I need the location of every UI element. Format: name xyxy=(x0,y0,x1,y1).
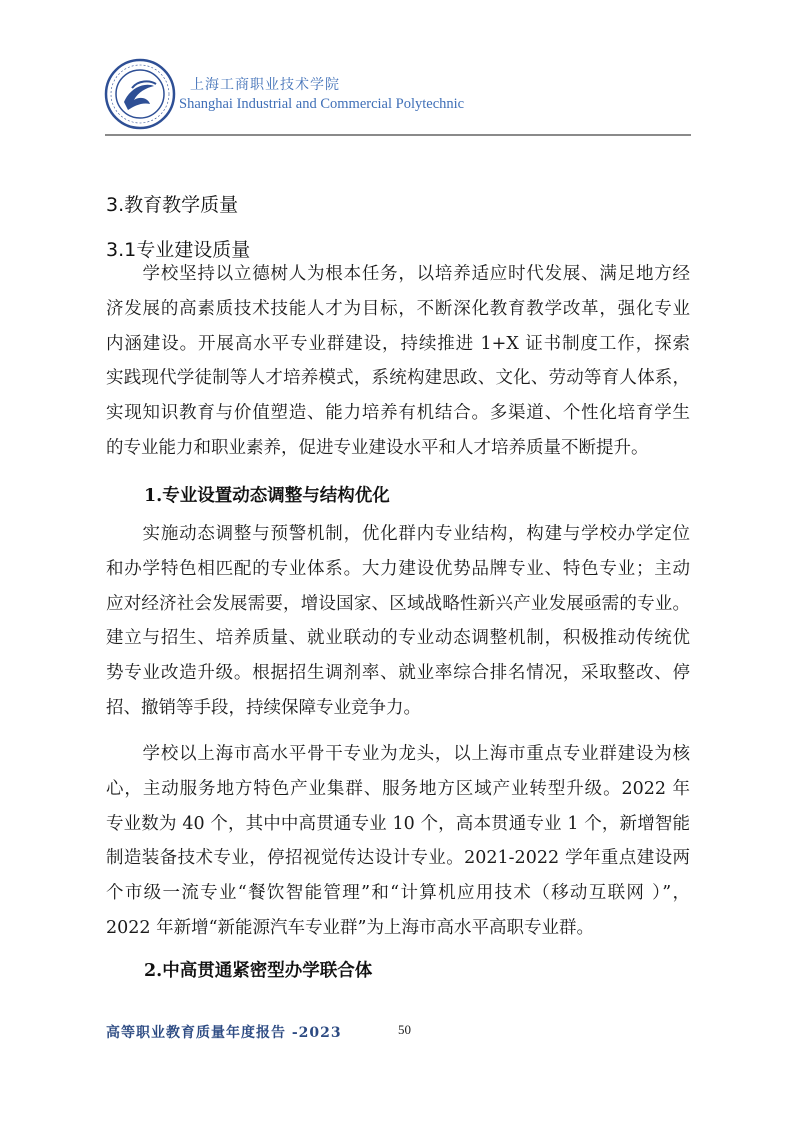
school-name-en: Shanghai Industrial and Commercial Polyt… xyxy=(179,96,464,113)
school-name-cn: 上海工商职业技术学院 xyxy=(190,74,340,94)
intro-paragraph: 学校坚持以立德树人为根本任务，以培养适应时代发展、满足地方经 济发展的高素质技术… xyxy=(106,257,690,466)
item1-heading: 1.专业设置动态调整与结构优化 xyxy=(144,482,390,507)
item1-paragraph-1: 实施动态调整与预警机制，优化群内专业结构，构建与学校办学定位 和办学特色相匹配的… xyxy=(106,517,690,726)
text-line: 应对经济社会发展需要，增设国家、区域战略性新兴产业发展亟需的专业。 xyxy=(106,587,690,622)
page-number: 50 xyxy=(398,1022,411,1038)
text-line: 济发展的高素质技术技能人才为目标，不断深化教育教学改革，强化专业 xyxy=(106,292,690,327)
footer-report-title: 高等职业教育质量年度报告 -2023 xyxy=(106,1022,342,1042)
text-line: 制造装备技术专业，停招视觉传达设计专业。2021-2022 学年重点建设两 xyxy=(106,841,690,876)
text-line: 心，主动服务地方特色产业集群、服务地方区域产业转型升级。2022 年 xyxy=(106,772,690,807)
school-emblem-icon xyxy=(104,58,176,130)
item2-heading: 2.中高贯通紧密型办学联合体 xyxy=(144,957,372,982)
text-line: 学校坚持以立德树人为根本任务，以培养适应时代发展、满足地方经 xyxy=(106,257,690,292)
header-divider xyxy=(105,134,691,136)
text-line: 专业数为 40 个，其中中高贯通专业 10 个，高本贯通专业 1 个，新增智能 xyxy=(106,807,690,842)
text-line: 的专业能力和职业素养，促进专业建设水平和人才培养质量不断提升。 xyxy=(106,431,690,466)
section-title: 3.教育教学质量 xyxy=(106,190,238,217)
page-header: 上海工商职业技术学院 Shanghai Industrial and Comme… xyxy=(104,56,704,136)
text-line: 2022 年新增“新能源汽车专业群”为上海市高水平高职专业群。 xyxy=(106,911,690,946)
item1-paragraph-2: 学校以上海市高水平骨干专业为龙头，以上海市重点专业群建设为核 心，主动服务地方特… xyxy=(106,737,690,946)
text-line: 实践现代学徒制等人才培养模式，系统构建思政、文化、劳动等育人体系， xyxy=(106,361,690,396)
text-line: 和办学特色相匹配的专业体系。大力建设优势品牌专业、特色专业；主动 xyxy=(106,552,690,587)
text-line: 实施动态调整与预警机制，优化群内专业结构，构建与学校办学定位 xyxy=(106,517,690,552)
text-line: 个市级一流专业“餐饮智能管理”和“计算机应用技术（移动互联网 ）”， xyxy=(106,876,690,911)
text-line: 学校以上海市高水平骨干专业为龙头，以上海市重点专业群建设为核 xyxy=(106,737,690,772)
text-line: 势专业改造升级。根据招生调剂率、就业率综合排名情况，采取整改、停 xyxy=(106,656,690,691)
text-line: 建立与招生、培养质量、就业联动的专业动态调整机制，积极推动传统优 xyxy=(106,621,690,656)
text-line: 招、撤销等手段，持续保障专业竞争力。 xyxy=(106,691,690,726)
text-line: 实现知识教育与价值塑造、能力培养有机结合。多渠道、个性化培育学生 xyxy=(106,396,690,431)
text-line: 内涵建设。开展高水平专业群建设，持续推进 1+X 证书制度工作，探索 xyxy=(106,327,690,362)
